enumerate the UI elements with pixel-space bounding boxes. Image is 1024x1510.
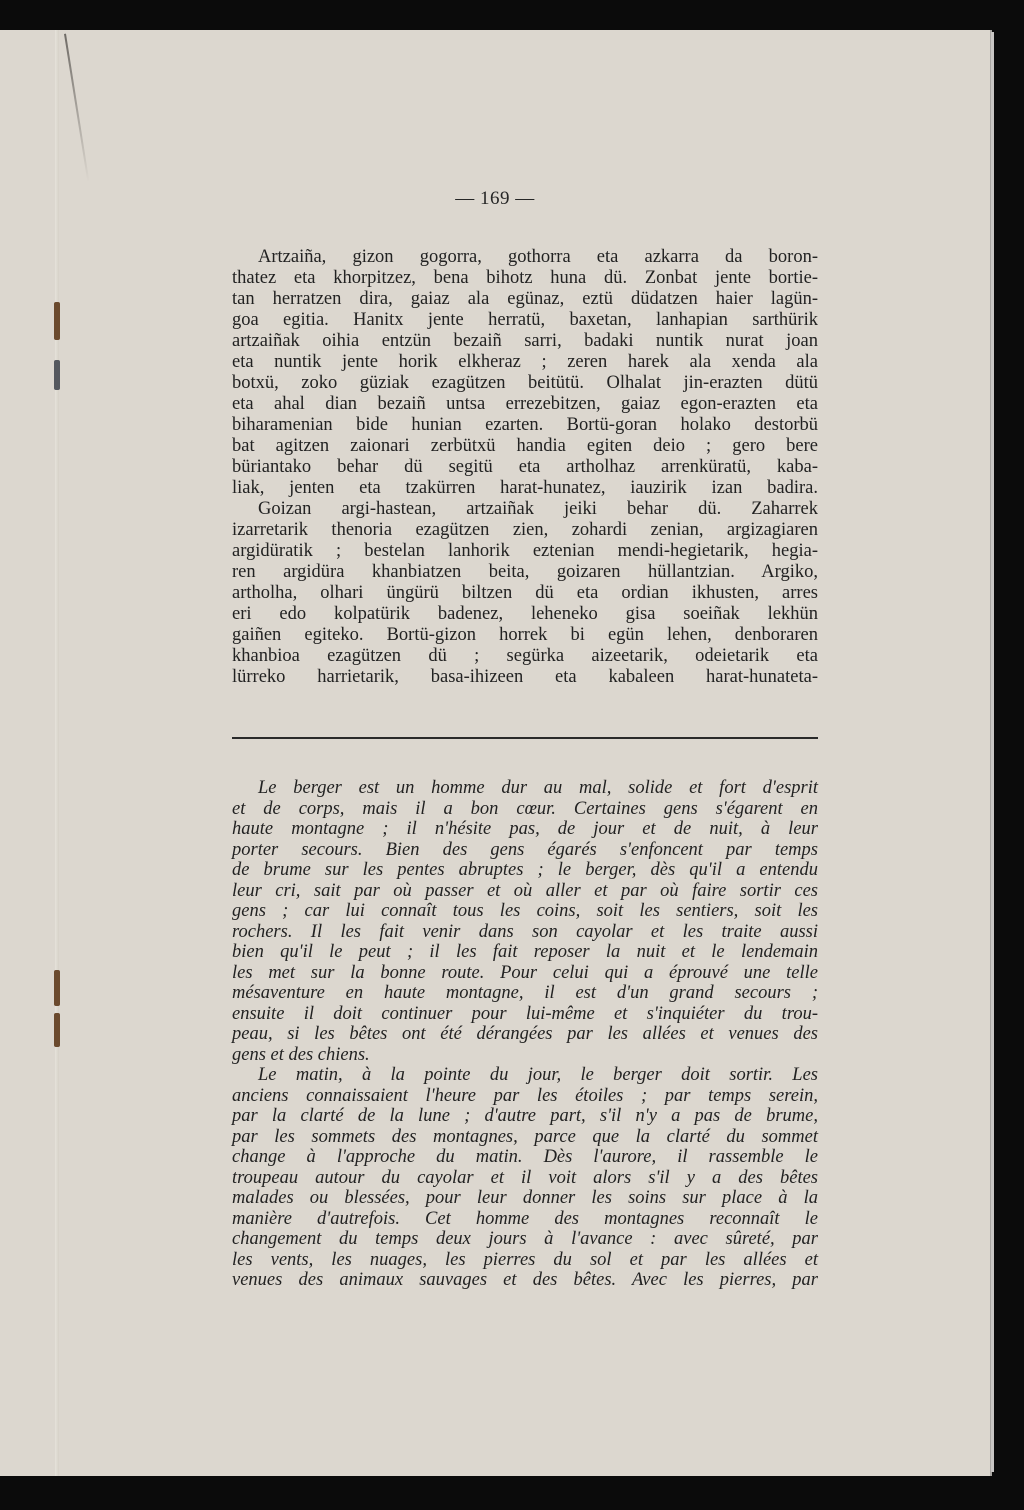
section-divider — [232, 737, 818, 739]
text-line: artholha, olhari üngürü biltzen dü eta o… — [232, 583, 818, 604]
text-line: rochers. Il les fait venir dans son cayo… — [232, 922, 818, 943]
text-line: Artzaiña, gizon gogorra, gothorra eta az… — [232, 247, 818, 268]
text-line: malades ou blessées, pour leur donner le… — [232, 1188, 818, 1209]
text-line: goa egitia. Hanitx jente herratü, baxeta… — [232, 310, 818, 331]
text-line: de brume sur les pentes abruptes ; le be… — [232, 860, 818, 881]
text-line: eta ahal dian bezaiñ untsa errezebitzen,… — [232, 394, 818, 415]
staple-mark — [54, 302, 60, 340]
text-line: thatez eta khorpitzez, bena bihotz huna … — [232, 268, 818, 289]
text-line: leur cri, sait par où passer et où aller… — [232, 881, 818, 902]
page-number: — 169 — — [0, 188, 990, 210]
text-line: Goizan argi-hastean, artzaiñak jeiki beh… — [232, 499, 818, 520]
text-line: khanbioa ezagützen dü ; segürka aizeetar… — [232, 646, 818, 667]
text-line: venues des animaux sauvages et des bêtes… — [232, 1270, 818, 1291]
text-line: gens et des chiens. — [232, 1045, 818, 1066]
text-line: mésaventure en haute montagne, il est d'… — [232, 983, 818, 1004]
book-page: — 169 — Artzaiña, gizon gogorra, gothorr… — [0, 30, 990, 1476]
text-line: argidüratik ; bestelan lanhorik eztenian… — [232, 541, 818, 562]
text-line: troupeau autour du cayolar et il voit al… — [232, 1168, 818, 1189]
text-line: Le berger est un homme dur au mal, solid… — [232, 778, 818, 799]
french-paragraph-1: Le berger est un homme dur au mal, solid… — [232, 778, 818, 1065]
french-paragraph-2: Le matin, à la pointe du jour, le berger… — [232, 1065, 818, 1291]
text-line: gaiñen egiteko. Bortü-gizon horrek bi eg… — [232, 625, 818, 646]
text-line: Le matin, à la pointe du jour, le berger… — [232, 1065, 818, 1086]
text-line: peau, si les bêtes ont été dérangées par… — [232, 1024, 818, 1045]
text-line: et de corps, mais il a bon cœur. Certain… — [232, 799, 818, 820]
text-line: artzaiñak oihia entzün bezaiñ sarri, bad… — [232, 331, 818, 352]
text-line: lürreko harrietarik, basa-ihizeen eta ka… — [232, 667, 818, 688]
text-line: haute montagne ; il n'hésite pas, de jou… — [232, 819, 818, 840]
text-line: ensuite il doit continuer pour lui-même … — [232, 1004, 818, 1025]
text-line: les met sur la bonne route. Pour celui q… — [232, 963, 818, 984]
text-line: tan herratzen dira, gaiaz ala egünaz, ez… — [232, 289, 818, 310]
paper-crease — [64, 34, 89, 182]
text-line: par la clarté de la lune ; d'autre part,… — [232, 1106, 818, 1127]
staple-mark — [54, 970, 60, 1006]
gutter-fold — [55, 30, 59, 1476]
text-line: les vents, les nuages, les pierres du so… — [232, 1250, 818, 1271]
text-line: izarretarik thenoria ezagützen zien, zoh… — [232, 520, 818, 541]
basque-text: Artzaiña, gizon gogorra, gothorra eta az… — [232, 247, 818, 688]
text-line: anciens connaissaient l'heure par les ét… — [232, 1086, 818, 1107]
text-line: change à l'approche du matin. Dès l'auro… — [232, 1147, 818, 1168]
text-line: liak, jenten eta tzakürren harat-hunatez… — [232, 478, 818, 499]
text-line: botxü, zoko güziak ezagützen beitütü. Ol… — [232, 373, 818, 394]
text-line: changement du temps deux jours à l'avanc… — [232, 1229, 818, 1250]
text-line: eta nuntik jente horik elkheraz ; zeren … — [232, 352, 818, 373]
basque-paragraph-1: Artzaiña, gizon gogorra, gothorra eta az… — [232, 247, 818, 499]
text-line: ren argidüra khanbiatzen beita, goizaren… — [232, 562, 818, 583]
staple-mark — [54, 1013, 60, 1047]
text-line: büriantako behar dü segitü eta artholhaz… — [232, 457, 818, 478]
text-line: bien qu'il le peut ; il les fait reposer… — [232, 942, 818, 963]
text-line: eri edo kolpatürik badenez, leheneko gis… — [232, 604, 818, 625]
text-line: manière d'autrefois. Cet homme des monta… — [232, 1209, 818, 1230]
french-translation: Le berger est un homme dur au mal, solid… — [232, 778, 818, 1291]
basque-paragraph-2: Goizan argi-hastean, artzaiñak jeiki beh… — [232, 499, 818, 688]
text-line: gens ; car lui connaît tous les coins, s… — [232, 901, 818, 922]
text-line: bat agitzen zaionari zerbütxü handia egi… — [232, 436, 818, 457]
text-line: par les sommets des montagnes, parce que… — [232, 1127, 818, 1148]
text-line: porter secours. Bien des gens égarés s'e… — [232, 840, 818, 861]
text-line: biharamenian bide hunian ezarten. Bortü-… — [232, 415, 818, 436]
page-edge — [991, 32, 994, 1472]
staple-mark — [54, 360, 60, 390]
